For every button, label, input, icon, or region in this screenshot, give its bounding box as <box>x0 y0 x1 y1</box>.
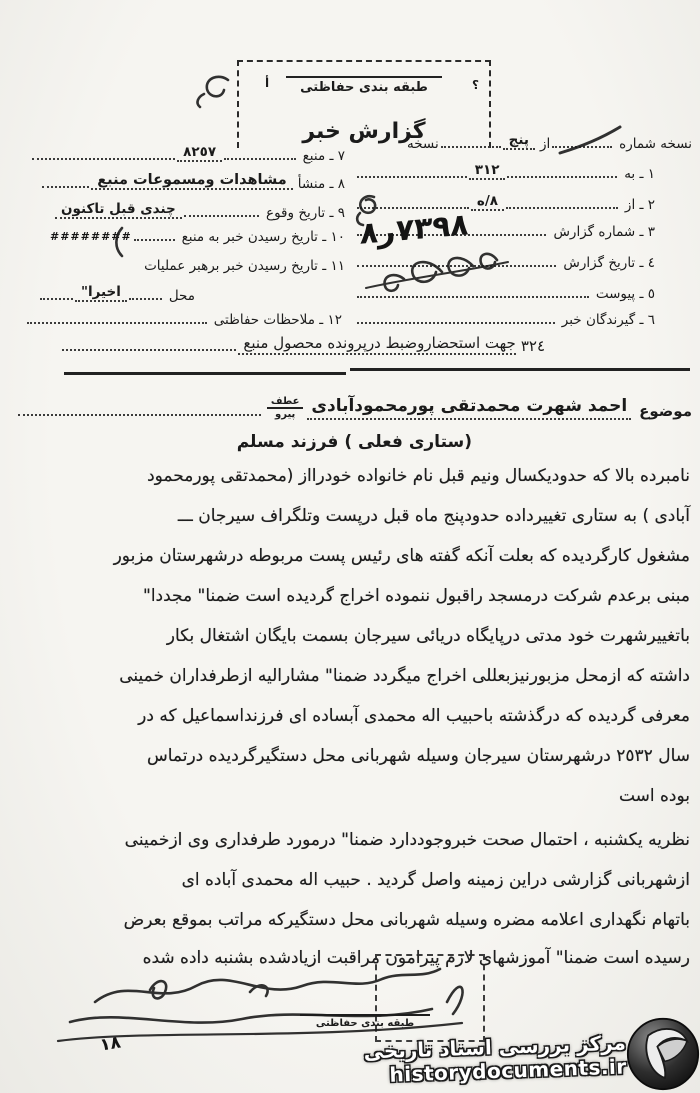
body-line: نامبرده بالا که حدودیکسال ونیم قبل نام خ… <box>12 466 690 486</box>
footer-classification: طبقه بندی حفاظتی <box>300 1014 430 1029</box>
subject-name: احمد شهرت محمدتقی پورمحمودآبادی <box>307 396 631 420</box>
body-line: مبنی برعدم شرکت درمسجد راقبول ننموده اخر… <box>12 586 690 606</box>
field-row-origin: ٨ ـ منشأ مشاهدات ومسموعات منبع <box>40 172 345 192</box>
copy-count-row: نسخه شماره از پنج نسخه <box>402 132 692 152</box>
document-page: طبقه بندی حفاظتی ؟ أ گزارش خبر نسخه شمار… <box>0 0 700 1093</box>
divider-left <box>64 372 346 375</box>
field-row-from: ٢ ـ از ه/٨ <box>355 193 655 213</box>
dotted-blank <box>506 207 618 209</box>
field-label: ٧ ـ منبع <box>298 148 345 164</box>
copy-count-label3: نسخه <box>402 136 439 152</box>
field-row-to: ١ ـ به ٣١٢ <box>355 162 655 182</box>
field-row-occurrence-date: ٩ ـ تاریخ وقوع چندی قبل تاکنون <box>55 201 345 221</box>
field-row-security-notes: ١٢ ـ ملاحظات حفاظتی <box>25 312 342 328</box>
field-label: ٥ ـ پیوست <box>591 286 655 302</box>
watermark-logo-icon <box>626 1017 700 1091</box>
stamp-mark-right: ؟ <box>472 78 479 92</box>
handwritten-report-number: ٨ر٧٣٩٨ <box>360 207 469 252</box>
dotted-blank <box>129 298 162 300</box>
field-label: ٩ ـ تاریخ وقوع <box>261 205 345 221</box>
field-label: ١ ـ به <box>619 166 655 182</box>
field-value: مشاهدات ومسموعات منبع <box>91 172 292 190</box>
dotted-blank <box>18 414 261 416</box>
stamp-mark-left: أ <box>265 76 269 90</box>
dotted-blank <box>357 296 589 298</box>
classification-label: طبقه بندی حفاظتی <box>286 76 442 95</box>
body-line: سال ٢٥٣٢ درشهرستان سیرجان وسیله شهربانی … <box>12 746 690 766</box>
field-label: ٤ ـ تاریخ گزارش <box>558 255 655 271</box>
dotted-blank <box>507 176 617 178</box>
dotted-blank <box>224 158 296 160</box>
field-value: ٨٢٥٧ <box>177 144 222 162</box>
copy-count-value: پنج <box>503 132 535 150</box>
body-line: آبادی ) به ستاری تغییرداده حدودپنج ماه ق… <box>12 506 690 526</box>
dotted-blank <box>357 176 467 178</box>
dotted-blank <box>62 349 236 351</box>
dotted-blank <box>134 239 175 241</box>
body-line: باتغییرشهرت خود مدتی درپایگاه دریائی سیر… <box>12 626 690 646</box>
field-value: اخیرا" <box>75 284 127 302</box>
field-row-date-to-source: ١٠ ـ تاریخ رسیدن خبر به منبع ######## <box>50 229 345 245</box>
field-value-hash-marks: ######## <box>50 230 132 243</box>
subject-ref-bottom: پیرو <box>275 409 295 420</box>
dotted-blank <box>184 215 259 217</box>
dotted-blank <box>40 298 73 300</box>
field-label: ١١ ـ تاریخ رسیدن خبر برهبر عملیات <box>139 258 345 274</box>
field-label: ٣ ـ شماره گزارش <box>548 224 655 240</box>
body-line: ازشهربانی گزارشی دراین زمینه واصل گردید … <box>12 870 690 890</box>
subject-row: موضوع احمد شهرت محمدتقی پورمحمودآبادی عط… <box>16 396 692 420</box>
body-line: نظریه یکشنبه ، احتمال صحت خبروجوددارد ضم… <box>12 830 690 850</box>
subject-reference-stack: عطف پیرو <box>267 396 303 420</box>
copy-count-label1: نسخه شماره <box>614 136 692 152</box>
field-row-date-to-ops-leader: ١١ ـ تاریخ رسیدن خبر برهبر عملیات <box>70 258 345 274</box>
field-value: ه/٨ <box>471 193 504 211</box>
field-row-recipients: ٦ ـ گیرندگان خبر <box>355 312 655 328</box>
divider-right <box>350 368 690 371</box>
body-line: رسیده است ضمنا" آموزشهای لازم پیرامون مر… <box>12 948 690 968</box>
field-row-location: محل اخیرا" <box>38 284 195 304</box>
field-row-report-date: ٤ ـ تاریخ گزارش <box>355 255 655 271</box>
field-label: ٨ ـ منشأ <box>293 176 345 192</box>
dotted-blank <box>357 322 555 324</box>
dotted-blank <box>441 146 501 148</box>
dotted-blank <box>42 186 89 188</box>
subject-ref-top: عطف <box>267 396 303 409</box>
body-line: معرفی گردیده که درگذشته باحبیب اله محمدی… <box>12 706 690 726</box>
form-footer-row: ٣٢٤ جهت استحضاروضبط درپرونده محصول منبع <box>60 334 545 355</box>
body-line: داشته که ازمحل مزبورنیزبعللی اخراج میگرد… <box>12 666 690 686</box>
signature-loops <box>150 981 268 998</box>
field-label: ١٢ ـ ملاحظات حفاظتی <box>209 312 342 328</box>
dotted-blank <box>27 322 207 324</box>
watermark: مرکز بررسی اسناد تاریخی historydocuments… <box>363 1030 627 1087</box>
dotted-blank <box>32 158 175 160</box>
body-line: باتهام نگهداری اعلامه مضره وسیله شهربانی… <box>12 910 690 930</box>
field-label: ٢ ـ از <box>620 197 655 213</box>
classification-stamp: طبقه بندی حفاظتی <box>239 76 489 95</box>
footer-classification-label: طبقه بندی حفاظتی <box>300 1018 430 1029</box>
margin-scribble <box>197 77 228 107</box>
subject-line2: (ستاری فعلی ) فرزند مسلم <box>237 432 472 452</box>
dotted-blank <box>357 265 556 267</box>
body-line: بوده است <box>12 786 690 806</box>
field-label: ٦ ـ گیرندگان خبر <box>557 312 655 328</box>
body-line: مشغول کارگردیده که بعلت آنکه گفته های رئ… <box>12 546 690 566</box>
field-value: ٣١٢ <box>469 162 506 180</box>
field-row-attachment: ٥ ـ پیوست <box>355 286 655 302</box>
handwritten-page-note: ١٨ <box>99 1032 123 1055</box>
footer-classification-line <box>300 1014 430 1016</box>
field-value: چندی قبل تاکنون <box>55 201 182 219</box>
form-footer-code: ٣٢٤ <box>516 337 545 355</box>
copy-count-label2: از <box>535 136 550 152</box>
field-row-source: ٧ ـ منبع ٨٢٥٧ <box>30 144 345 164</box>
dotted-blank <box>552 146 612 148</box>
field-label: ١٠ ـ تاریخ رسیدن خبر به منبع <box>177 229 345 245</box>
form-footer-text: جهت استحضاروضبط درپرونده محصول منبع <box>238 334 515 355</box>
field-label: محل <box>164 288 195 304</box>
subject-label: موضوع <box>631 402 692 420</box>
